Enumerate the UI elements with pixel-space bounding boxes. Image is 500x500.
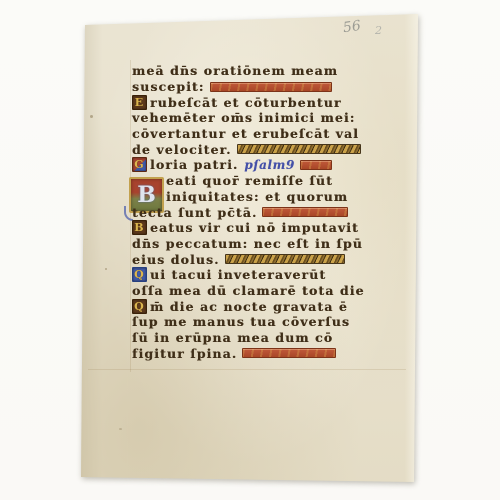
vellum-speck — [105, 268, 107, 270]
line-text: vehemēter om̄s inimici mei: — [132, 110, 355, 125]
line-text: loria patri. — [150, 157, 238, 172]
manuscript-text-line: E rubeſcāt et cōturbentur — [132, 94, 402, 110]
manuscript-text-line: meā dn̄s oratiōnem meam — [132, 63, 402, 79]
manuscript-text-line: Q m̄ die ac nocte gravata ē — [132, 298, 402, 314]
manuscript-text-line: figitur ſpina. — [132, 345, 402, 361]
manuscript-text-line: dn̄s peccatum: nec eſt in ſpū — [132, 236, 402, 252]
pencil-annotation-56: 56 — [342, 18, 362, 36]
line-filler-red — [300, 160, 332, 170]
line-filler-braid — [225, 254, 345, 264]
manuscript-text-line: iniquitates: et quorum — [132, 189, 402, 205]
vellum-speck — [90, 115, 93, 118]
photo-backdrop: 56 2 B meā dn̄s oratiōnem meam suscepit:… — [0, 0, 500, 500]
manuscript-text-line: B eatus vir cui nō imputavit — [132, 220, 402, 236]
ruling-line-horizontal — [88, 369, 406, 370]
decorated-initial-q: Q — [132, 267, 147, 282]
line-text: tecta ſunt pc̄tā. — [132, 205, 257, 220]
line-text: eius dolus. — [132, 252, 220, 267]
manuscript-text-line: eius dolus. — [132, 251, 402, 267]
manuscript-text-line: vehemēter om̄s inimici mei: — [132, 110, 402, 126]
line-text: dn̄s peccatum: nec eſt in ſpū — [132, 236, 363, 251]
manuscript-text-line: ſup me manus tua cōverſus — [132, 314, 402, 330]
line-text: de velociter. — [132, 142, 232, 157]
line-text: ui tacui inveteraverūt — [150, 267, 326, 282]
line-filler-red — [242, 348, 336, 358]
manuscript-text-line: cōvertantur et erubeſcāt val — [132, 126, 402, 142]
pencil-annotation-2: 2 — [375, 24, 382, 37]
manuscript-text-line: G loria patri. pſalm9 — [132, 157, 402, 173]
line-text: eati quor̄ remiſſe ſūt — [166, 173, 333, 188]
vellum-speck — [119, 428, 122, 430]
decorated-initial-q: Q — [132, 299, 147, 314]
manuscript-text-line: tecta ſunt pc̄tā. — [132, 204, 402, 220]
decorated-initial-g: G — [132, 157, 147, 172]
line-text: rubeſcāt et cōturbentur — [150, 95, 342, 110]
line-text: meā dn̄s oratiōnem meam — [132, 63, 338, 78]
scribal-annotation-psalm: pſalm9 — [244, 158, 295, 172]
line-text: cōvertantur et erubeſcāt val — [132, 126, 359, 141]
line-text: m̄ die ac nocte gravata ē — [150, 299, 348, 314]
manuscript-text-line: suscepit: — [132, 79, 402, 95]
line-text: suscepit: — [132, 79, 205, 94]
line-filler-red — [262, 207, 348, 217]
decorated-initial-e: E — [132, 95, 147, 110]
line-text: figitur ſpina. — [132, 346, 237, 361]
manuscript-text-block: meā dn̄s oratiōnem meam suscepit: E rube… — [132, 63, 402, 361]
line-filler-braid — [237, 144, 361, 154]
manuscript-text-line: Q ui tacui inveteraverūt — [132, 267, 402, 283]
manuscript-text-line: ſū in erūpna mea dum cō — [132, 330, 402, 346]
line-text: eatus vir cui nō imputavit — [150, 220, 359, 235]
line-text: ſup me manus tua cōverſus — [132, 314, 350, 329]
line-filler-red — [210, 82, 332, 92]
line-text: iniquitates: et quorum — [166, 189, 348, 204]
decorated-initial-b: B — [132, 220, 147, 235]
manuscript-text-line: oſſa mea dū clamarē tota die — [132, 283, 402, 299]
manuscript-text-line: eati quor̄ remiſſe ſūt — [132, 173, 402, 189]
line-text: ſū in erūpna mea dum cō — [132, 330, 333, 345]
line-text: oſſa mea dū clamarē tota die — [132, 283, 365, 298]
manuscript-text-line: de velociter. — [132, 141, 402, 157]
